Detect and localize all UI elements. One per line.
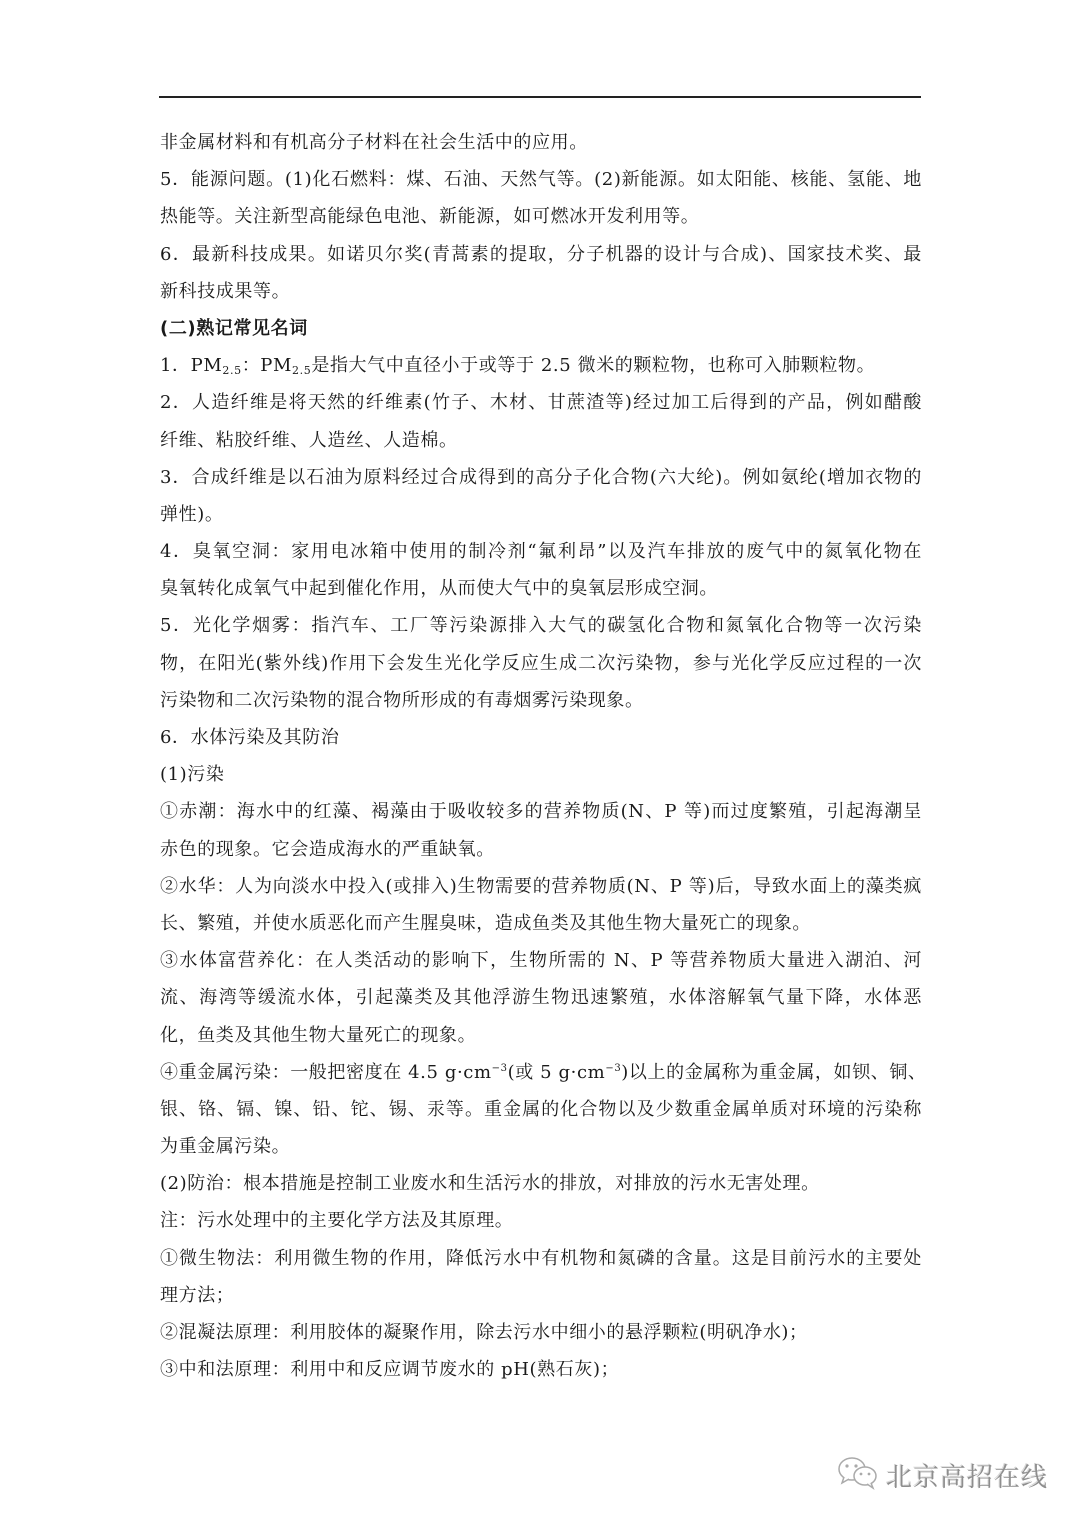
text-line: ③中和法原理：利用中和反应调节废水的 pH(熟石灰)； <box>160 1351 922 1388</box>
heavy-metal-line: ④重金属污染：一般把密度在 4.5 g·cm−3(或 5 g·cm−3)以上的金… <box>160 1054 922 1091</box>
text-line: 5．能源问题。(1)化石燃料：煤、石油、天然气等。(2)新能源。如太阳能、核能、… <box>160 161 922 198</box>
pm-suffix: 是指大气中直径小于或等于 2.5 微米的颗粒物，也称可入肺颗粒物。 <box>311 355 875 376</box>
text-line: 为重金属污染。 <box>160 1128 922 1165</box>
hm-superscript: −3 <box>492 1063 508 1074</box>
header-rule <box>159 96 921 98</box>
text-line: 2．人造纤维是将天然的纤维素(竹子、木材、甘蔗渣等)经过加工后得到的产品，例如醋… <box>160 384 922 421</box>
text-line: 3．合成纤维是以石油为原料经过合成得到的高分子化合物(六大纶)。例如氨纶(增加衣… <box>160 459 922 496</box>
text-line: ①微生物法：利用微生物的作用，降低污水中有机物和氮磷的含量。这是目前污水的主要处 <box>160 1240 922 1277</box>
text-line: 6．最新科技成果。如诺贝尔奖(青蒿素的提取，分子机器的设计与合成)、国家技术奖、… <box>160 236 922 273</box>
pm-mid: ：PM <box>242 355 292 376</box>
text-line: (1)污染 <box>160 756 922 793</box>
pm-prefix: 1．PM <box>160 355 222 376</box>
text-line: 长、繁殖，并使水质恶化而产生腥臭味，造成鱼类及其他生物大量死亡的现象。 <box>160 905 922 942</box>
document-body: 非金属材料和有机高分子材料在社会生活中的应用。 5．能源问题。(1)化石燃料：煤… <box>160 124 922 1388</box>
text-line: 银、铬、镉、镍、铅、铊、锡、汞等。重金属的化合物以及少数重金属单质对环境的污染称 <box>160 1091 922 1128</box>
section-heading: (二)熟记常见名词 <box>160 310 922 347</box>
text-line: 化，鱼类及其他生物大量死亡的现象。 <box>160 1017 922 1054</box>
hm-prefix: ④重金属污染：一般把密度在 4.5 g·cm <box>160 1062 492 1083</box>
wechat-icon <box>836 1455 880 1495</box>
text-line: 新科技成果等。 <box>160 273 922 310</box>
text-line: 5．光化学烟雾：指汽车、工厂等污染源排入大气的碳氢化合物和氮氧化合物等一次污染 <box>160 607 922 644</box>
hm-mid: (或 5 g·cm <box>508 1062 606 1083</box>
text-line: 注：污水处理中的主要化学方法及其原理。 <box>160 1202 922 1239</box>
text-line: 4．臭氧空洞：家用电冰箱中使用的制冷剂“氟利昂”以及汽车排放的废气中的氮氧化物在 <box>160 533 922 570</box>
pm-subscript: 2.5 <box>222 364 241 377</box>
text-line: ②混凝法原理：利用胶体的凝聚作用，除去污水中细小的悬浮颗粒(明矾净水)； <box>160 1314 922 1351</box>
text-line: 物，在阳光(紫外线)作用下会发生光化学反应生成二次污染物，参与光化学反应过程的一… <box>160 645 922 682</box>
watermark: 北京高招在线 <box>836 1455 1048 1495</box>
pm-subscript: 2.5 <box>292 364 311 377</box>
watermark-text: 北京高招在线 <box>886 1457 1048 1494</box>
text-line: 理方法； <box>160 1277 922 1314</box>
hm-suffix: )以上的金属称为重金属，如钡、铜、 <box>621 1062 926 1083</box>
text-line: 6．水体污染及其防治 <box>160 719 922 756</box>
pm25-line: 1．PM2.5：PM2.5是指大气中直径小于或等于 2.5 微米的颗粒物，也称可… <box>160 347 922 384</box>
text-line: 热能等。关注新型高能绿色电池、新能源，如可燃冰开发利用等。 <box>160 198 922 235</box>
text-line: 弹性)。 <box>160 496 922 533</box>
text-line: 污染物和二次污染物的混合物所形成的有毒烟雾污染现象。 <box>160 682 922 719</box>
text-line: (2)防治：根本措施是控制工业废水和生活污水的排放，对排放的污水无害处理。 <box>160 1165 922 1202</box>
text-line: ②水华：人为向淡水中投入(或排入)生物需要的营养物质(N、P 等)后，导致水面上… <box>160 868 922 905</box>
text-line: 非金属材料和有机高分子材料在社会生活中的应用。 <box>160 124 922 161</box>
text-line: 臭氧转化成氧气中起到催化作用，从而使大气中的臭氧层形成空洞。 <box>160 570 922 607</box>
text-line: ①赤潮：海水中的红藻、褐藻由于吸收较多的营养物质(N、P 等)而过度繁殖，引起海… <box>160 793 922 830</box>
text-line: ③水体富营养化：在人类活动的影响下，生物所需的 N、P 等营养物质大量进入湖泊、… <box>160 942 922 979</box>
text-line: 赤色的现象。它会造成海水的严重缺氧。 <box>160 831 922 868</box>
text-line: 流、海湾等缓流水体，引起藻类及其他浮游生物迅速繁殖，水体溶解氧气量下降，水体恶 <box>160 979 922 1016</box>
text-line: 纤维、粘胶纤维、人造丝、人造棉。 <box>160 422 922 459</box>
hm-superscript: −3 <box>605 1063 621 1074</box>
